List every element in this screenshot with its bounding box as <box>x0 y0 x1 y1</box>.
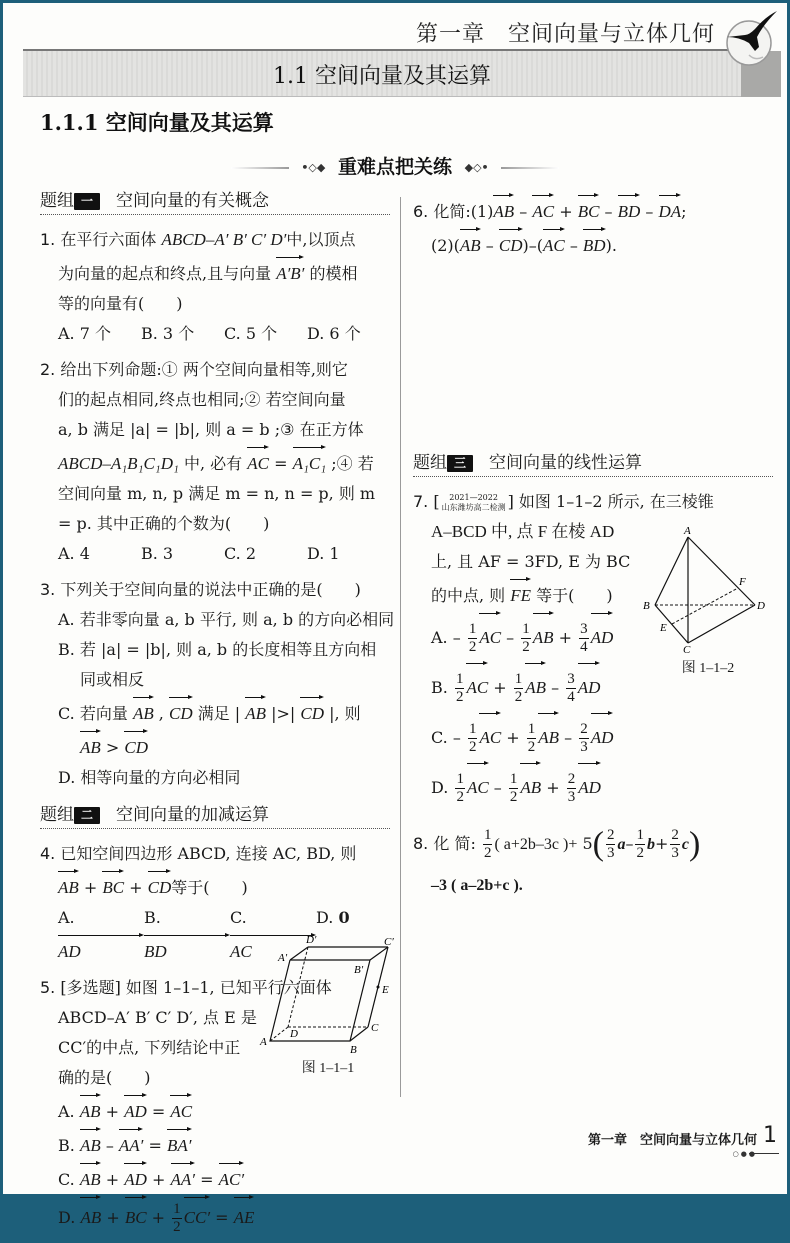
vector: A′B′ <box>276 255 304 289</box>
option-a[interactable]: A. 4 <box>58 539 141 569</box>
vector: AB <box>133 695 154 729</box>
running-footer-chapter: 第一章 空间向量与立体几何 <box>588 1129 757 1148</box>
footer-rule <box>749 1153 779 1154</box>
vector: AC′ <box>219 1161 244 1195</box>
question-text: a, b 满足 |a| = |b|, 则 a = b ;③ 在正方体 <box>40 415 390 445</box>
fraction: 23 <box>567 771 577 806</box>
operator: + <box>506 728 519 747</box>
banner-label: 重难点把关练 <box>338 156 452 178</box>
svg-text:D′: D′ <box>305 934 317 946</box>
fraction: 12 <box>455 671 465 706</box>
numerator: 1 <box>509 771 519 789</box>
question-text: )–( <box>523 236 543 255</box>
vector: AC <box>543 227 565 261</box>
option-c[interactable]: C. – 12AC + 12AB – 23AD <box>413 711 773 761</box>
vector: AB <box>58 869 79 903</box>
question-number: 4. <box>40 844 55 863</box>
vector: BD <box>618 193 641 227</box>
question-text: 化简:(1) <box>433 202 493 221</box>
option-label: C. <box>431 728 448 747</box>
option-label: C. <box>58 1170 75 1189</box>
vector: AC <box>466 661 488 711</box>
operator: = <box>152 1102 165 1121</box>
fraction: 12 <box>468 721 478 756</box>
group-heading-2: 题组 二 空间向量的加减运算 <box>40 807 390 829</box>
svg-text:A′: A′ <box>277 952 288 964</box>
fraction: 12 <box>527 721 537 756</box>
option-b[interactable]: B. 3 <box>141 539 224 569</box>
left-paren: ( <box>593 826 604 863</box>
operator: – <box>486 236 494 255</box>
footer-dots-ornament: ○●● <box>733 1150 757 1158</box>
option-text: |, 则 <box>324 704 361 723</box>
vector: AC <box>479 611 501 661</box>
operator: – <box>645 202 653 221</box>
operator: + <box>559 628 572 647</box>
option-label: B. <box>431 678 448 697</box>
option-b[interactable]: B. AB – AA′ = BA′ <box>40 1127 390 1161</box>
option-label: B. <box>144 908 161 927</box>
question-text: 给出下列命题:① 两个空间向量相等,则它 <box>60 360 348 379</box>
right-paren: ) <box>689 826 700 863</box>
option-label: D. <box>316 908 333 927</box>
denominator: 3 <box>670 845 680 862</box>
denominator: 4 <box>566 689 576 706</box>
option-a[interactable]: A. 7 个 <box>58 319 141 349</box>
vector: CD <box>124 729 148 763</box>
svg-text:B′: B′ <box>354 964 364 976</box>
figure-1-1-2: ABCD EF 图 1–1–2 <box>643 525 773 675</box>
numerator: 2 <box>567 771 577 789</box>
question-text: 等于( ) <box>171 878 248 897</box>
vector: AC <box>467 761 489 811</box>
svg-text:B: B <box>350 1044 357 1053</box>
vector: BC <box>102 869 124 903</box>
figure-caption: 图 1–1–2 <box>643 657 773 677</box>
question-number: 7. <box>413 492 428 511</box>
page-number: 1 <box>763 1123 777 1148</box>
question-text: 等于( ) <box>531 586 613 605</box>
group-label: 题组 <box>40 807 74 824</box>
group-label: 题组 <box>40 193 74 210</box>
numerator: 2 <box>606 827 616 845</box>
group-title: 空间向量的有关概念 <box>116 193 269 210</box>
question-text: = p. 其中正确的个数为( ) <box>40 509 390 539</box>
option-label: A. <box>58 1102 75 1121</box>
question-text: 如图 1–1–2 所示, 在三棱锥 <box>519 492 714 511</box>
answer-options: A. 7 个 B. 3 个 C. 5 个 D. 6 个 <box>40 319 390 349</box>
math-expression: ( a+2b–3c )+ <box>494 836 577 853</box>
vector: AC <box>479 711 501 761</box>
operator: – <box>570 236 578 255</box>
fraction: 12 <box>521 621 531 656</box>
numerator: 1 <box>468 721 478 739</box>
numerator: 1 <box>455 671 465 689</box>
banner-line-right <box>501 167 559 169</box>
question-number: 3. <box>40 580 55 599</box>
operator: – <box>453 728 461 747</box>
operator: = <box>149 1136 162 1155</box>
math-expression: ABCD–A′ B′ C′ D′ <box>161 230 286 249</box>
figure-caption: 图 1–1–1 <box>258 1057 398 1077</box>
denominator: 3 <box>567 789 577 806</box>
vector: AB <box>525 661 546 711</box>
vector: BD <box>144 933 230 967</box>
question-text: 的模相 <box>304 264 357 283</box>
section-title: 1.1 空间向量及其运算 <box>23 59 741 90</box>
vector: AD <box>578 761 601 811</box>
vector: BD <box>583 227 606 261</box>
numerator: 1 <box>468 621 478 639</box>
group-title: 空间向量的线性运算 <box>489 455 642 472</box>
operator: – <box>519 202 527 221</box>
vector: AC <box>247 445 269 479</box>
question-number: 2. <box>40 360 55 379</box>
vector: BC <box>578 193 600 227</box>
option-c[interactable]: C. 若向量 AB , CD 满足 | AB |>| CD |, 则 <box>40 695 390 729</box>
operator: = <box>269 454 293 473</box>
question-text: (2)( <box>431 236 460 255</box>
option-text: C. 若向量 <box>58 704 133 723</box>
question-text: 等的向量有( ) <box>40 289 390 319</box>
numerator: 1 <box>635 827 645 845</box>
operator: + <box>546 778 559 797</box>
vector: AD <box>591 711 614 761</box>
vector: AB <box>533 611 554 661</box>
question-text: 在平行六面体 <box>60 230 161 249</box>
fraction: 23 <box>670 827 680 862</box>
vector: CD <box>148 869 172 903</box>
denominator: 4 <box>579 639 589 656</box>
group-number-badge: 二 <box>74 807 100 824</box>
operator: + <box>106 1102 119 1121</box>
denominator: 2 <box>635 845 645 862</box>
question-number: 1. <box>40 230 55 249</box>
vector: FE <box>510 577 531 611</box>
coefficient: 5 <box>582 834 592 853</box>
option-c[interactable]: C. AB + AD + AA′ = AC′ <box>40 1161 390 1195</box>
option-text: |>| <box>266 704 300 723</box>
svg-text:E: E <box>381 984 389 996</box>
answer-options: A. 4 B. 3 C. 2 D. 1 <box>40 539 390 569</box>
vector: AD <box>124 1093 147 1127</box>
vector: AB <box>538 711 559 761</box>
figure-1-1-1: ABCD A′B′C′D′ E 图 1–1–1 <box>258 933 398 1073</box>
svg-text:A: A <box>259 1036 267 1048</box>
denominator: 2 <box>455 689 465 706</box>
denominator: 2 <box>483 845 493 862</box>
vector: AB <box>80 1093 101 1127</box>
svg-text:E: E <box>659 622 667 634</box>
vector: AB <box>493 193 514 227</box>
vector: AB <box>245 695 266 729</box>
vector: CD <box>169 695 193 729</box>
option-d[interactable]: D. 1 <box>307 539 390 569</box>
denominator: 2 <box>527 739 537 756</box>
fraction: 12 <box>455 771 465 806</box>
svg-text:C: C <box>683 644 691 653</box>
fraction: 23 <box>606 827 616 862</box>
vector: AD <box>578 661 601 711</box>
question-text: 已知空间四边形 ABCD, 连接 AC, BD, 则 <box>60 844 356 863</box>
question-text: 空间向量 m, n, p 满足 m = n, n = p, 则 m <box>40 479 390 509</box>
source-name: 山东潍坊高二检测 <box>442 503 506 513</box>
question-text: 中,以顶点 <box>286 230 355 249</box>
vector: AB <box>520 761 541 811</box>
option-label: C. <box>230 908 247 927</box>
vector: AB <box>80 1127 101 1161</box>
fraction: 23 <box>579 721 589 756</box>
vector: AA′ <box>119 1127 144 1161</box>
svg-text:D: D <box>756 600 765 612</box>
denominator: 2 <box>514 689 524 706</box>
diamond-ornament-icon: ◆◇• <box>465 161 489 174</box>
vector: AD <box>591 611 614 661</box>
section-band: 1.1 空间向量及其运算 <box>23 51 781 97</box>
question-text: A–BCD 中, 点 F 在棱 AD <box>431 522 614 541</box>
eagle-logo-icon <box>719 7 781 69</box>
option-c[interactable]: C. 2 <box>224 539 307 569</box>
numerator: 3 <box>566 671 576 689</box>
option-label: A. <box>431 628 448 647</box>
numerator: 1 <box>527 721 537 739</box>
question-text: 下列关于空间向量的说法中正确的是( ) <box>60 580 361 599</box>
question-3: 3. 下列关于空间向量的说法中正确的是( ) A. 若非零向量 a, b 平行,… <box>40 575 390 793</box>
vector: CD <box>300 695 324 729</box>
source-tag: 2021—2022山东潍坊高二检测 <box>442 493 506 513</box>
denominator: 3 <box>606 845 616 862</box>
question-1: 1. 在平行六面体 ABCD–A′ B′ C′ D′中,以顶点 为向量的起点和终… <box>40 225 390 349</box>
numerator: 2 <box>579 721 589 739</box>
group-heading-3: 题组 三 空间向量的线性运算 <box>413 455 773 477</box>
option-b[interactable]: B. 若 |a| = |b|, 则 a, b 的长度相等且方向相 <box>40 635 390 665</box>
operator: + <box>106 1170 119 1189</box>
option-a[interactable]: A. AD <box>58 903 144 967</box>
vector: DA <box>659 193 682 227</box>
option-b-continued: 同或相反 <box>40 665 390 695</box>
math-expression: ABCD–A₁B₁C₁D₁ <box>58 454 179 473</box>
parallelepiped-diagram: ABCD A′B′C′D′ E <box>258 933 398 1053</box>
practice-banner: •◇◆ 重难点把关练 ◆◇• <box>3 152 787 179</box>
fraction: 12 <box>483 827 493 862</box>
option-label: D. <box>431 778 448 797</box>
question-6: 6. 化简:(1)AB – AC + BC – BD – DA; (2)(AB … <box>413 193 773 261</box>
question-text: ). <box>606 236 617 255</box>
source-year: 2021—2022 <box>442 493 506 503</box>
numerator: 1 <box>455 771 465 789</box>
vector: CD <box>499 227 523 261</box>
option-b[interactable]: B. 3 个 <box>141 319 224 349</box>
question-text: 中, 必有 <box>179 454 247 473</box>
question-text: 为向量的起点和终点,且与向量 <box>58 264 276 283</box>
vector: AB <box>460 227 481 261</box>
question-number: 5. <box>40 978 55 997</box>
question-2: 2. 给出下列命题:① 两个空间向量相等,则它 们的起点相同,终点也相同;② 若… <box>40 355 390 569</box>
banner-line-left <box>231 167 289 169</box>
svg-text:D: D <box>289 1028 298 1040</box>
denominator: 3 <box>579 739 589 756</box>
operator: – <box>551 678 559 697</box>
math-expression: –3 ( a–2b+c ). <box>431 877 523 894</box>
option-a[interactable]: A. 若非零向量 a, b 平行, 则 a, b 的方向必相同 <box>40 605 390 635</box>
fraction: 34 <box>579 621 589 656</box>
numerator: 1 <box>521 621 531 639</box>
operator: – <box>494 778 502 797</box>
vector-variable: c <box>682 836 689 853</box>
denominator: 2 <box>509 789 519 806</box>
group-number-badge: 三 <box>447 455 473 472</box>
subsection-title: 1.1.1 空间向量及其运算 <box>40 107 274 137</box>
option-c[interactable]: C. 5 个 <box>224 319 307 349</box>
tetrahedron-diagram: ABCD EF <box>643 525 773 653</box>
option-text: 满足 | <box>193 704 246 723</box>
fraction: 34 <box>566 671 576 706</box>
fraction: 12 <box>509 771 519 806</box>
punctuation: ; <box>681 202 686 221</box>
fraction: 12 <box>468 621 478 656</box>
denominator: 2 <box>468 639 478 656</box>
operator: + <box>559 202 572 221</box>
column-divider <box>400 197 401 1097</box>
denominator: 2 <box>468 739 478 756</box>
option-b[interactable]: B. BD <box>144 903 230 967</box>
option-d[interactable]: D. 12AC – 12AB + 23AD <box>413 761 773 811</box>
vector: A₁C₁ <box>293 445 327 479</box>
running-header-chapter: 第一章 空间向量与立体几何 <box>416 17 715 48</box>
operator: = <box>200 1170 213 1189</box>
operator: + <box>152 1170 165 1189</box>
vector: AC <box>532 193 554 227</box>
operator: – <box>453 628 461 647</box>
group-number-badge: 一 <box>74 193 100 210</box>
question-text: ;④ 若 <box>326 454 374 473</box>
question-number: 8. <box>413 834 428 853</box>
vector: AA′ <box>171 1161 196 1195</box>
operator: – <box>564 728 572 747</box>
option-d[interactable]: D. 相等向量的方向必相同 <box>40 763 390 793</box>
operator: – <box>605 202 613 221</box>
operator: – <box>625 834 633 853</box>
group-heading-1: 题组 一 空间向量的有关概念 <box>40 193 390 215</box>
denominator: 2 <box>521 639 531 656</box>
operator: – <box>106 1136 114 1155</box>
operator: + <box>655 834 668 853</box>
operator: + <box>493 678 506 697</box>
svg-text:C: C <box>371 1022 379 1034</box>
numerator: 2 <box>670 827 680 845</box>
option-text: , <box>154 704 169 723</box>
question-text: 的中点, 则 <box>431 586 510 605</box>
operator: > <box>101 738 125 757</box>
svg-text:B: B <box>643 600 650 612</box>
operator: – <box>506 628 514 647</box>
question-8: 8. 化 简: 12( a+2b–3c )+ 5(23a–12b+23c) –3… <box>413 819 773 901</box>
svg-text:C′: C′ <box>384 936 394 948</box>
question-number: 6. <box>413 202 428 221</box>
vector-variable: b <box>647 836 655 853</box>
numerator: 1 <box>514 671 524 689</box>
option-label: B. <box>58 1136 75 1155</box>
zero-vector: 0 <box>338 908 349 927</box>
fraction: 12 <box>635 827 645 862</box>
denominator: 2 <box>455 789 465 806</box>
svg-text:A: A <box>683 525 691 537</box>
vector: BA′ <box>167 1127 192 1161</box>
vector: AB <box>80 1161 101 1195</box>
vector: AD <box>124 1161 147 1195</box>
question-text: 化 简: <box>433 834 475 853</box>
svg-text:F: F <box>738 576 746 588</box>
option-label: A. <box>58 908 75 927</box>
option-d[interactable]: D. 6 个 <box>307 319 390 349</box>
numerator: 1 <box>483 827 493 845</box>
diamond-ornament-icon: •◇◆ <box>301 161 325 174</box>
vector: AB <box>80 729 101 763</box>
group-title: 空间向量的加减运算 <box>116 807 269 824</box>
group-label: 题组 <box>413 455 447 472</box>
vector: AC <box>170 1093 192 1127</box>
option-a[interactable]: A. AB + AD = AC <box>40 1093 390 1127</box>
numerator: 3 <box>579 621 589 639</box>
question-text: 们的起点相同,终点也相同;② 若空间向量 <box>40 385 390 415</box>
vector: AD <box>58 933 144 967</box>
fraction: 12 <box>514 671 524 706</box>
textbook-page: 第一章 空间向量与立体几何 1.1 空间向量及其运算 1.1.1 空间向量及其运… <box>3 3 787 1194</box>
option-c-continued: AB > CD <box>40 729 390 763</box>
